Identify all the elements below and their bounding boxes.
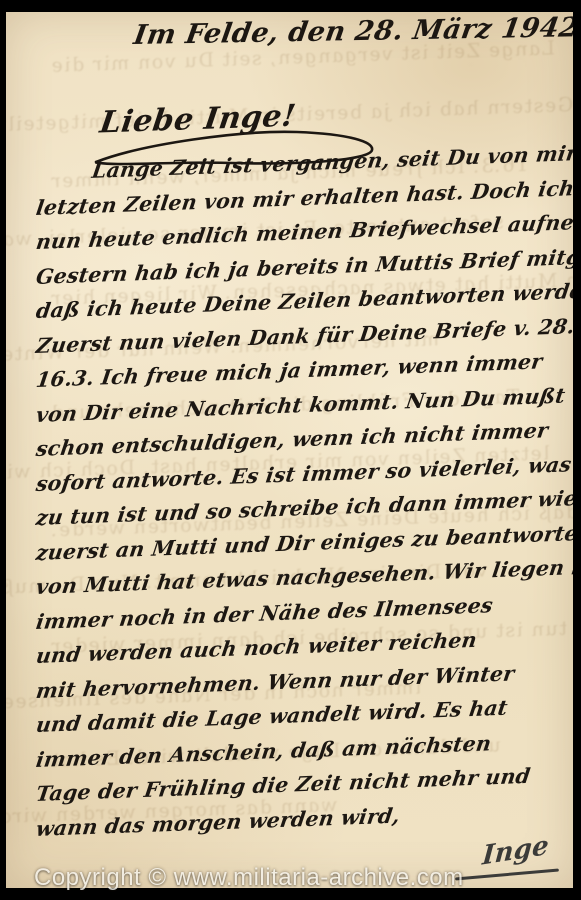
copyright-watermark: Copyright © www.militaria-archive.com <box>34 864 464 892</box>
dateline: Im Felde, den 28. März 1942. <box>132 12 573 51</box>
letter-body: Lange Zeit ist vergangen, seit Du von mi… <box>34 161 568 851</box>
letter-scan: Lange Zeit ist vergangen, seit Du von mi… <box>0 0 581 900</box>
letter-paper: Lange Zeit ist vergangen, seit Du von mi… <box>6 12 573 888</box>
signature-underline <box>455 868 559 880</box>
